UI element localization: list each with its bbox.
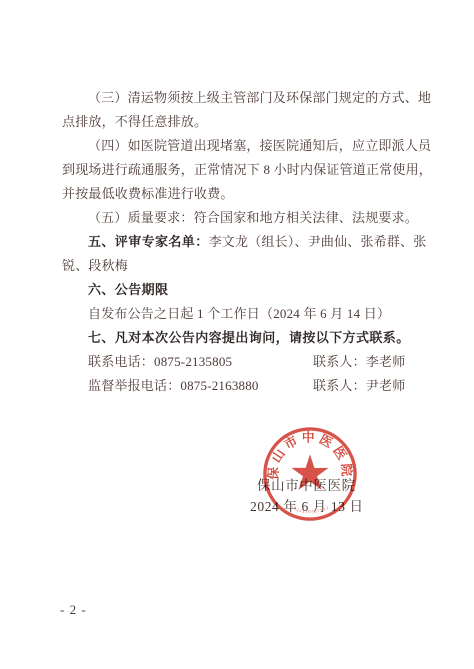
official-seal: 保山市中医医院 5323310567712 <box>261 425 359 523</box>
expert-list-line: 锐、段秋梅 <box>62 254 422 278</box>
section-heading: 七、凡对本次公告内容提出询问，请按以下方式联系。 <box>62 326 422 350</box>
body-line: （五）质量要求：符合国家和地方相关法律、法规要求。 <box>62 206 422 230</box>
body-line: 自发布公告之日起 1 个工作日（2024 年 6 月 14 日） <box>62 302 422 326</box>
body-line: （三）清运物须按上级主管部门及环保部门规定的方式、地 <box>62 86 422 110</box>
document-page: （三）清运物须按上级主管部门及环保部门规定的方式、地 点排放，不得任意排放。 （… <box>0 0 474 669</box>
contact-row: 联系电话：0875-2135805 联系人：李老师 <box>62 350 422 374</box>
body-line: （四）如医院管道出现堵塞，接医院通知后，应立即派人员 <box>62 134 422 158</box>
contact-person: 联系人：尹老师 <box>287 374 405 398</box>
seal-serial-number: 5323310567712 <box>290 504 330 514</box>
body-line: 并按最低收费标准进行收费。 <box>62 182 422 206</box>
contact-phone: 联系电话：0875-2135805 <box>88 354 232 369</box>
body-line: 到现场进行疏通服务，正常情况下 8 小时内保证管道正常使用， <box>62 158 422 182</box>
contact-person: 联系人：李老师 <box>287 350 405 374</box>
expert-list-line: 五、评审专家名单：李文龙（组长）、尹曲仙、张希群、张 <box>62 230 422 254</box>
page-number: - 2 - <box>60 602 87 618</box>
seal-star-icon <box>291 454 328 489</box>
body-line: 点排放，不得任意排放。 <box>62 110 422 134</box>
contact-row: 监督举报电话：0875-2163880 联系人：尹老师 <box>62 374 422 398</box>
section-heading: 六、公告期限 <box>62 278 422 302</box>
supervision-phone: 监督举报电话：0875-2163880 <box>88 378 259 393</box>
announcement-body: （三）清运物须按上级主管部门及环保部门规定的方式、地 点排放，不得任意排放。 （… <box>62 86 422 398</box>
